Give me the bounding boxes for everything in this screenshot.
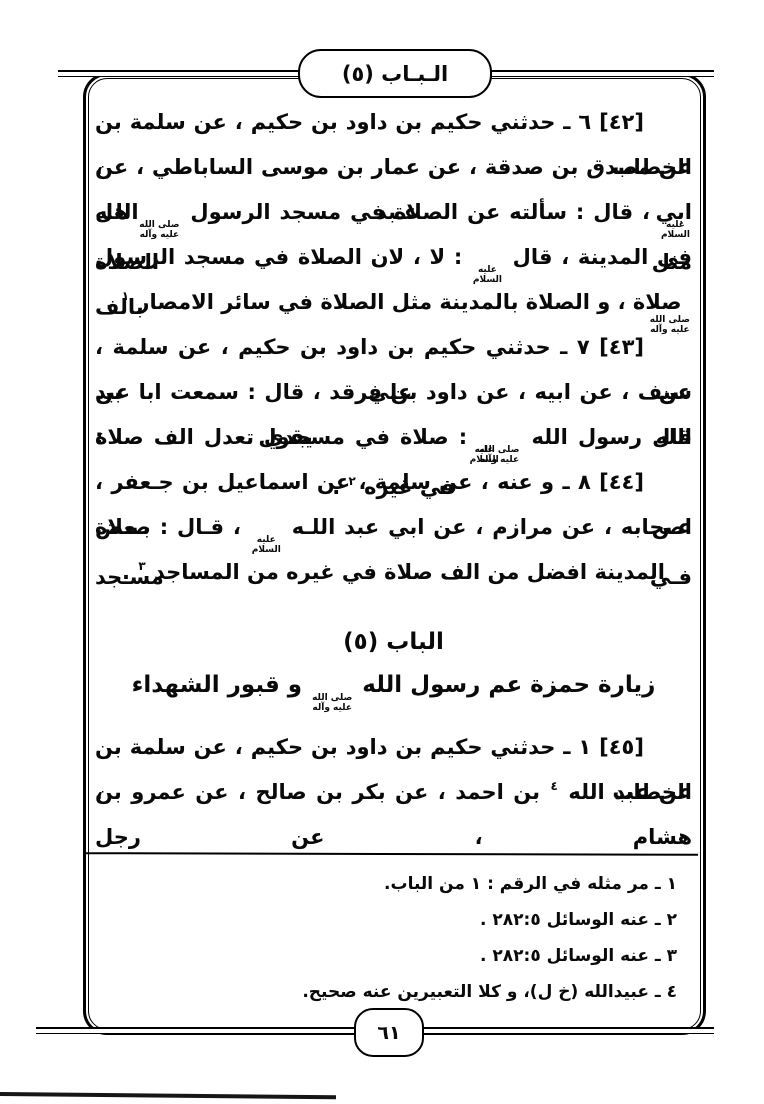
text-run: صلاة ، و الصلاة بالمدينة مثل الصلاة في س…: [130, 290, 681, 314]
footnote: ٢ ـ عنه الوسائل ٢٨٢:٥ .: [95, 902, 685, 938]
hadith-42-line-1: [٤٢] ٦ ـ حدثني حكيم بن داود بن حكيم ، عن…: [95, 100, 692, 145]
text-run: عن عبد الله: [559, 780, 692, 804]
footnote: ٣ ـ عنه الوسائل ٢٨٢:٥ .: [95, 938, 685, 974]
text-run: .: [106, 290, 121, 314]
footnote: ٤ ـ عبيدالله (خ ل)، و كلا التعبيرين عنه …: [95, 974, 685, 1010]
hadith-44-line-2: اصحابه ، عن مرازم ، عن ابي عبد اللـه علي…: [95, 505, 692, 550]
text-run: .: [122, 560, 137, 584]
footnote-ref: ١: [122, 289, 129, 303]
chapter-title: الباب (٥): [95, 621, 692, 663]
text-run: قال رسول الله: [521, 425, 692, 449]
page-number: ٦١: [377, 1022, 400, 1044]
hadith-42-line-3: عليهالسلام ، قال : سألته عن الصلاة في مس…: [95, 190, 692, 235]
book-page: الـبـاب (٥) [٤٢] ٦ ـ حدثني حكيم بن داود …: [0, 0, 764, 1104]
hadith-44-line-3: المدينة افضل من الف صلاة في غيره من المس…: [95, 550, 692, 595]
text-run: في المدينة ، قال: [504, 245, 692, 269]
text-run: و قبور الشهداء: [132, 672, 310, 698]
hadith-44-line-1: [٤٤] ٨ ـ و عنه ، عن سلمة ، عن اسماعيل بن…: [95, 460, 692, 505]
hadith-42-line-2: عن مصدق بن صدقة ، عن عمار بن موسى السابا…: [95, 145, 692, 190]
hadith-42-line-5: صلاة ، و الصلاة بالمدينة مثل الصلاة في س…: [95, 280, 692, 325]
scan-artifact-line: [0, 1092, 336, 1099]
body-text: [٤٢] ٦ ـ حدثني حكيم بن داود بن حكيم ، عن…: [95, 100, 692, 815]
hadith-42-line-4: في المدينة ، قال عليهالسلام : لا ، لان ا…: [95, 235, 692, 280]
hadith-43-line-3: قال رسول الله صلى اللهعليه وآله : صلاة ف…: [95, 415, 692, 460]
page-number-capsule: ٦١: [354, 1008, 424, 1057]
chapter-header-label: الـبـاب (٥): [342, 62, 448, 86]
text-run: : لا ، لان الصلاة في مسجد الرسول: [95, 245, 471, 269]
honorific-saw-icon: صلى اللهعليه وآله: [312, 694, 352, 713]
header-capsule: الـبـاب (٥): [298, 49, 492, 98]
footnote: ١ ـ مر مثله في الرقم : ١ من الباب.: [95, 866, 685, 902]
text-run: اصحابه ، عن مرازم ، عن ابي عبد اللـه: [283, 515, 692, 539]
footnote-ref: ٤: [551, 779, 558, 793]
footnotes: ١ ـ مر مثله في الرقم : ١ من الباب.٢ ـ عن…: [95, 866, 685, 1010]
text-run: الباب (٥): [343, 629, 444, 655]
hadith-43-line-1: [٤٣] ٧ ـ حدثني حكيم بن داود بن حكيم ، عن…: [95, 325, 692, 370]
hadith-43-line-2: سيف ، عن ابيه ، عن داود بن فرقد ، قال : …: [95, 370, 692, 415]
hadith-45-line-2: عن عبد الله ٤ بن احمد ، عن بكر بن صالح ،…: [95, 770, 692, 815]
footnote-ref: ٣: [138, 559, 145, 573]
chapter-subtitle: زيارة حمزة عم رسول الله صلى اللهعليه وآل…: [95, 663, 692, 707]
text-run: المدينة افضل من الف صلاة في غيره من المس…: [147, 560, 665, 584]
text-run: زيارة حمزة عم رسول الله: [354, 672, 655, 698]
hadith-45-line-1: [٤٥] ١ ـ حدثني حكيم بن داود بن حكيم ، عن…: [95, 725, 692, 770]
text-run: ، قال : سألته عن الصلاة في مسجد الرسول: [181, 200, 658, 224]
